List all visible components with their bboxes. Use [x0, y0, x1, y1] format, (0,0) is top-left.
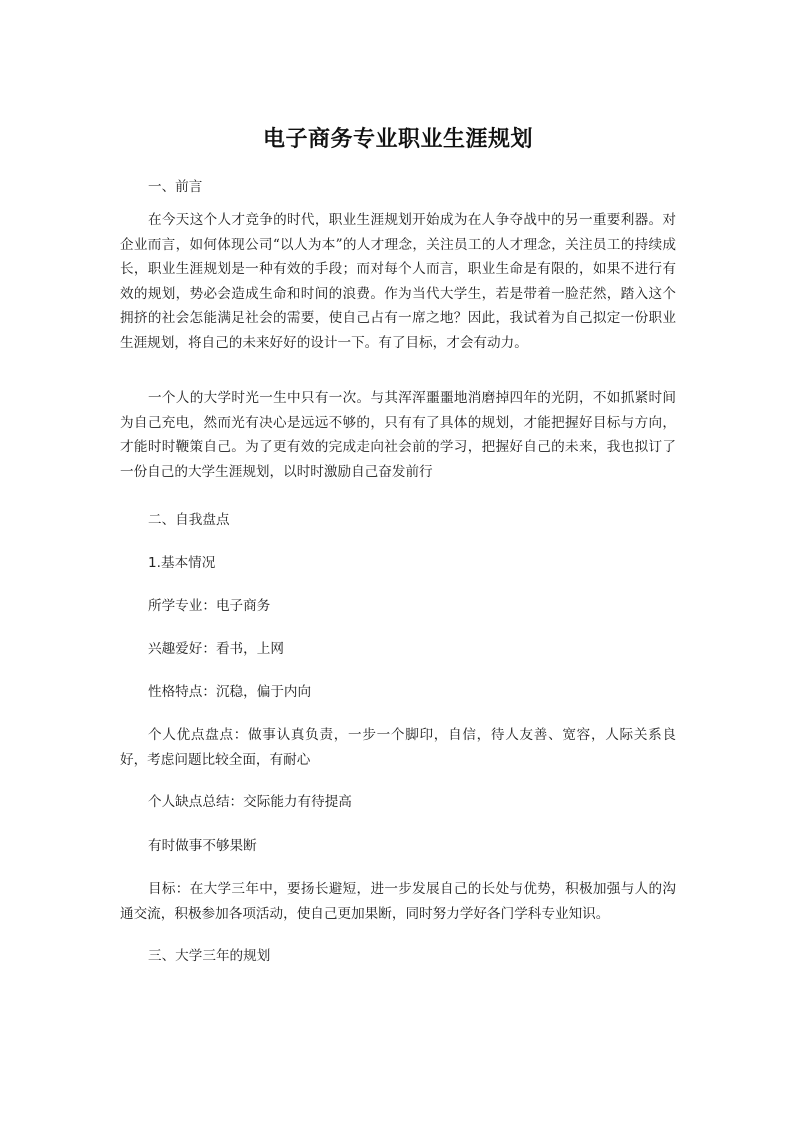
preface-paragraph-1: 在今天这个人才竞争的时代，职业生涯规划开始成为在人争夺战中的另一重要利器。对企业… [120, 208, 676, 355]
subheading-basic-info: 1.基本情况 [148, 551, 215, 575]
section-heading-preface: 一、前言 [148, 175, 202, 199]
info-weaknesses: 个人缺点总结：交际能力有待提高 [148, 790, 352, 814]
info-weakness-2: 有时做事不够果断 [148, 834, 257, 858]
info-major: 所学专业：电子商务 [148, 594, 270, 618]
info-strengths: 个人优点盘点：做事认真负责，一步一个脚印，自信，待人友善、宽容，人际关系良好，考… [120, 723, 676, 772]
info-hobbies: 兴趣爱好：看书，上网 [148, 637, 284, 661]
section-heading-self-assessment: 二、自我盘点 [148, 508, 230, 532]
info-goal: 目标：在大学三年中，要扬长避短，进一步发展自己的长处与优势，积极加强与人的沟通交… [120, 877, 676, 926]
preface-paragraph-2: 一个人的大学时光一生中只有一次。与其浑浑噩噩地消磨掉四年的光阴，不如抓紧时间为自… [120, 386, 676, 484]
section-heading-plan: 三、大学三年的规划 [148, 944, 270, 968]
info-personality: 性格特点：沉稳，偏于内向 [148, 680, 311, 704]
document-title: 电子商务专业职业生涯规划 [120, 122, 676, 153]
